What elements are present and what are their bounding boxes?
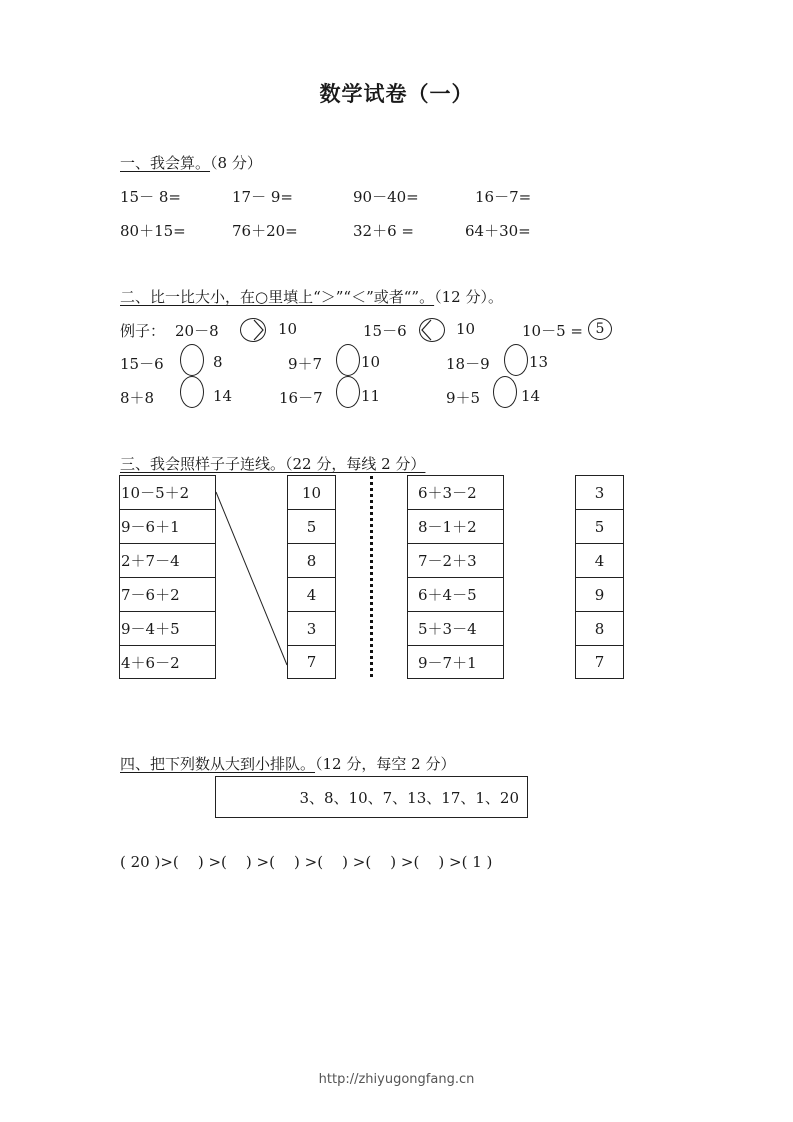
right-expression-cell[interactable]: 9－7＋1 xyxy=(407,645,504,679)
footer-url: http://zhiyugongfang.cn xyxy=(0,1072,793,1087)
right-result-cell[interactable]: 3 xyxy=(575,475,624,510)
right-expression-cell[interactable]: 8－1＋2 xyxy=(407,509,504,544)
section4-heading: 四、把下列数从大到小排队。（12 分，每空 2 分） xyxy=(120,753,455,774)
left-result-cell[interactable]: 8 xyxy=(287,543,336,578)
right-result-cell[interactable]: 9 xyxy=(575,577,624,612)
ordering-answer-line[interactable]: ( 20 )>( ) >( ) >( ) >( ) >( ) >( ) >( 1… xyxy=(120,853,492,871)
left-result-cell[interactable]: 4 xyxy=(287,577,336,612)
left-result-cell[interactable]: 3 xyxy=(287,611,336,646)
dotted-divider xyxy=(370,476,373,678)
right-expression-cell[interactable]: 6＋3－2 xyxy=(407,475,504,510)
right-result-cell[interactable]: 4 xyxy=(575,543,624,578)
left-result-cell[interactable]: 10 xyxy=(287,475,336,510)
section4-title: 四、把下列数从大到小排队。 xyxy=(120,755,315,773)
section4-score: （12 分，每空 2 分） xyxy=(315,755,455,773)
left-result-cell[interactable]: 7 xyxy=(287,645,336,679)
right-expression-cell[interactable]: 5＋3－4 xyxy=(407,611,504,646)
numbers-list: 3、8、10、7、13、17、1、20 xyxy=(299,787,519,808)
left-result-cell[interactable]: 5 xyxy=(287,509,336,544)
right-expression-cell[interactable]: 6＋4－5 xyxy=(407,577,504,612)
right-expression-cell[interactable]: 7－2＋3 xyxy=(407,543,504,578)
right-result-cell[interactable]: 7 xyxy=(575,645,624,679)
right-result-cell[interactable]: 5 xyxy=(575,509,624,544)
right-result-cell[interactable]: 8 xyxy=(575,611,624,646)
numbers-box: 3、8、10、7、13、17、1、20 xyxy=(215,776,528,818)
example-connecting-line xyxy=(0,0,793,1122)
